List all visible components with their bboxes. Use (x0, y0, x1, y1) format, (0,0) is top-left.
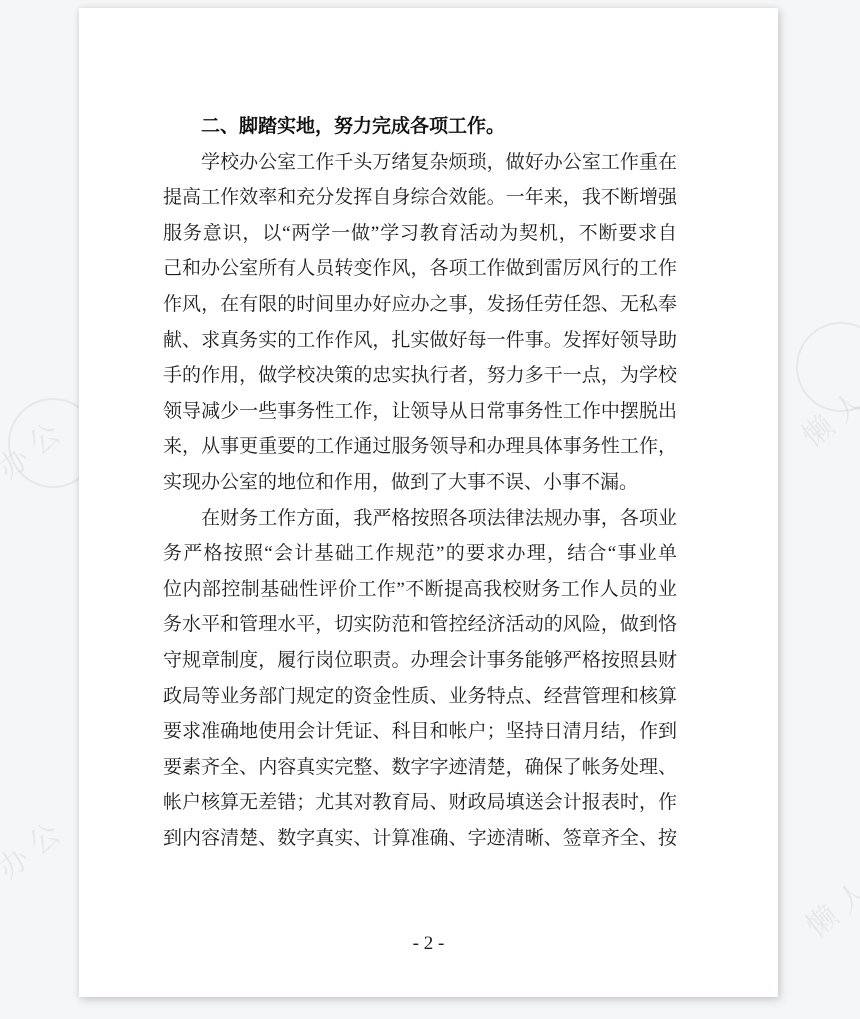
page-number: - 2 - (79, 933, 778, 955)
text-line: 务水平和管理水平，切实防范和管控经济活动的风险，做到恪 (163, 607, 677, 643)
text-line: 提高工作效率和充分发挥自身综合效能。一年来，我不断增强 (163, 180, 677, 216)
text-line: 政局等业务部门规定的资金性质、业务特点、经营管理和核算 (163, 679, 677, 715)
text-line: 守规章制度，履行岗位职责。办理会计事务能够严格按照县财 (163, 643, 677, 679)
text-line: 来，从事更重要的工作通过服务领导和办理具体事务性工作， (163, 429, 677, 465)
watermark: 懒人办公 (795, 815, 860, 946)
text-line: 帐户核算无差错；尤其对教育局、财政局填送会计报表时，作 (163, 785, 677, 821)
text-line: 手的作用，做学校决策的忠实执行者，努力多干一点，为学校 (163, 358, 677, 394)
text-line: 务严格按照“会计基础工作规范”的要求办理，结合“事业单 (163, 536, 677, 572)
text-line: 在财务工作方面，我严格按照各项法律法规办事，各项业 (163, 501, 677, 537)
text-line: 献、求真务实的工作作风，扎实做好每一件事。发挥好领导助 (163, 323, 677, 359)
section-heading: 二、脚踏实地，努力完成各项工作。 (163, 109, 677, 145)
text-line: 己和办公室所有人员转变作风，各项工作做到雷厉风行的工作 (163, 251, 677, 287)
text-line: 实现办公室的地位和作用，做到了大事不误、小事不漏。 (163, 465, 677, 501)
text-line: 作风，在有限的时间里办好应办之事，发扬任劳任怨、无私奉 (163, 287, 677, 323)
text-line: 学校办公室工作千头万绪复杂烦琐，做好办公室工作重在 (163, 145, 677, 181)
text-line: 服务意识，以“两学一做”学习教育活动为契机，不断要求自 (163, 216, 677, 252)
watermark: 懒人办公 (0, 805, 75, 936)
text-line: 要素齐全、内容真实完整、数字字迹清楚，确保了帐务处理、 (163, 750, 677, 786)
watermark-arc (796, 322, 860, 412)
document-body: 二、脚踏实地，努力完成各项工作。 学校办公室工作千头万绪复杂烦琐，做好办公室工作… (163, 109, 677, 856)
watermark: 懒人办公 (791, 325, 860, 456)
text-line: 到内容清楚、数字真实、计算准确、字迹清晰、签章齐全、按 (163, 821, 677, 857)
document-page: 二、脚踏实地，努力完成各项工作。 学校办公室工作千头万绪复杂烦琐，做好办公室工作… (79, 8, 778, 997)
text-line: 位内部控制基础性评价工作”不断提高我校财务工作人员的业 (163, 572, 677, 608)
watermark: 懒人办公 (0, 405, 75, 536)
text-line: 领导减少一些事务性工作，让领导从日常事务性工作中摆脱出 (163, 394, 677, 430)
text-line: 要求准确地使用会计凭证、科目和帐户；坚持日清月结，作到 (163, 714, 677, 750)
canvas: 懒人办公 懒人办公 懒人办公 懒人办公 懒人办公 懒人办公 二、脚踏实地，努力完… (0, 0, 860, 1019)
